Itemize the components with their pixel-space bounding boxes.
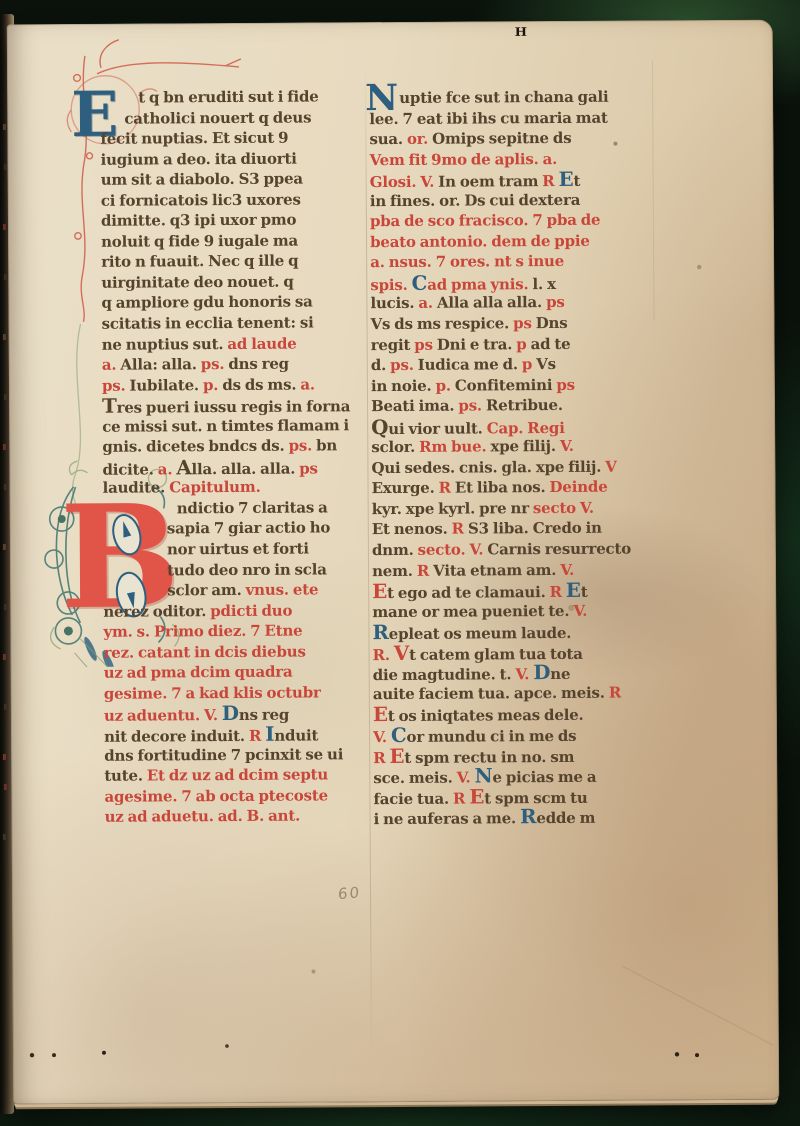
text-segment: a.: [300, 375, 315, 393]
text-segment: ps.: [458, 397, 486, 415]
text-line: ci fornicatois lic3 uxores: [101, 189, 383, 211]
text-segment: Vs ds ms respice.: [370, 314, 513, 333]
text-line: auite faciem tua. apce. meis. R: [373, 682, 655, 704]
text-segment: facie tua.: [373, 789, 453, 807]
bleed-through-marks: [3, 14, 6, 20]
text-segment: Dns: [536, 314, 568, 332]
text-line: Beati ima. ps. Retribue.: [371, 395, 653, 417]
text-segment: Glosi. V.: [370, 173, 439, 191]
text-line: Repleat os meum laude.: [372, 621, 654, 643]
text-segment: R: [609, 683, 621, 701]
text-segment: dns reg: [228, 355, 289, 373]
text-line: R. Vt catem glam tua tota: [372, 641, 654, 663]
text-segment: V.: [560, 437, 574, 455]
text-segment: nerez oditor.: [103, 602, 210, 621]
text-line: Exurge. R Et liba nos. Deinde: [371, 477, 653, 499]
text-segment: uirginitate deo nouet. q: [101, 273, 293, 292]
text-segment: sapia 7 giar actio ho: [167, 519, 331, 538]
text-line: iugium a deo. ita diuorti: [100, 148, 382, 170]
text-segment: ad te: [530, 334, 570, 352]
text-segment: uz aduentu. V.: [104, 706, 222, 725]
text-line: ne nuptius sut. ad laude: [102, 333, 384, 355]
text-segment: R: [417, 561, 433, 579]
text-line: d. ps. Iudica me d. p Vs: [371, 354, 653, 376]
text-segment: ps: [414, 335, 437, 353]
text-segment: regit: [371, 335, 415, 353]
text-line: scitatis in ecclia tenent: si: [101, 312, 383, 334]
text-segment: beato antonio. dem de ppie: [370, 232, 590, 251]
text-segment: auite faciem tua. apce. meis.: [373, 684, 609, 703]
text-line: nit decore induit. R Induit: [104, 723, 386, 745]
photo-backdrop: E: [0, 0, 800, 1126]
text-segment: ps: [556, 376, 575, 394]
text-segment: Vem fit 9mo de aplis. a.: [369, 150, 557, 169]
text-segment: E: [373, 702, 388, 726]
text-line: agesime. 7 ab octa ptecoste: [104, 785, 386, 807]
text-segment: t q bn eruditi sut i fide: [138, 87, 319, 106]
text-segment: tute.: [104, 767, 147, 785]
text-segment: pdicti duo: [210, 601, 292, 620]
text-segment: E: [389, 743, 404, 767]
text-segment: Beati ima.: [371, 397, 458, 416]
text-segment: I: [265, 722, 274, 746]
text-segment: R: [373, 749, 389, 767]
text-line: nem. R Vita etnam am. V.: [372, 559, 654, 581]
text-segment: V: [605, 457, 617, 475]
text-line: uz aduentu. V. Dns reg: [104, 702, 386, 724]
text-line: a. Alla: alla. ps. dns reg: [102, 353, 384, 375]
text-line: sclor am. vnus. ete: [103, 579, 385, 601]
text-line: t q bn eruditi sut i fide: [100, 86, 382, 108]
text-segment: Et nenos.: [372, 520, 452, 538]
text-line: ps. Iubilate. p. ds ds ms. a.: [102, 374, 384, 396]
text-segment: Q: [371, 415, 388, 439]
text-segment: a.: [418, 294, 437, 312]
text-segment: nem.: [372, 561, 417, 579]
text-segment: ce missi sut. n timtes flamam i: [102, 416, 349, 436]
text-segment: ne: [550, 665, 570, 683]
text-segment: or mundu ci in me ds: [406, 727, 576, 746]
text-segment: R: [372, 620, 388, 644]
text-line: sapia 7 giar actio ho: [103, 518, 385, 540]
text-segment: lla. alla. alla.: [191, 459, 299, 478]
text-segment: t os iniqtates meas dele.: [388, 706, 584, 725]
text-line: rito n fuauit. Nec q ille q: [101, 250, 383, 272]
text-line: gesime. 7 a kad klis octubr: [104, 682, 386, 704]
text-segment: uz ad aduetu. ad. B. ant.: [104, 807, 300, 826]
text-line: a. nsus. 7 ores. nt s inue: [370, 251, 652, 273]
text-segment: Et dz uz ad dcim septu: [147, 765, 328, 784]
text-segment: edde m: [536, 809, 595, 827]
text-line: mane or mea pueniet te. V.: [372, 600, 654, 622]
text-segment: uz ad pma dcim quadra: [104, 663, 293, 682]
text-segment: laudite.: [102, 479, 169, 497]
text-segment: R: [249, 727, 265, 745]
text-segment: agesime. 7 ab octa ptecoste: [104, 786, 328, 805]
text-line: tudo deo nro in scla: [103, 559, 385, 581]
text-segment: bn: [316, 437, 337, 455]
text-segment: die magtudine. t.: [373, 666, 516, 685]
text-segment: dicite.: [102, 460, 157, 478]
text-line: die magtudine. t. V. Dne: [373, 662, 655, 684]
text-line: in fines. or. Ds cui dextera: [370, 189, 652, 211]
crease-line: [622, 966, 773, 1046]
text-segment: D: [222, 701, 239, 725]
text-line: ym. s. Primo diez. 7 Etne: [103, 620, 385, 642]
text-line: sua. or. Omips sepitne ds: [369, 128, 651, 150]
text-segment: p: [522, 355, 536, 373]
text-segment: dnm.: [372, 541, 418, 559]
text-segment: R: [550, 583, 566, 601]
text-segment: um sit a diabolo. S3 ppea: [101, 170, 303, 189]
text-segment: fecit nuptias. Et sicut 9: [100, 129, 288, 148]
text-line: uz ad pma dcim quadra: [104, 661, 386, 683]
text-segment: V: [394, 641, 409, 665]
text-segment: V.: [515, 665, 533, 683]
text-segment: Exurge.: [371, 479, 438, 497]
text-segment: R: [520, 804, 536, 828]
text-segment: gesime. 7 a kad klis octubr: [104, 683, 321, 702]
text-segment: p.: [203, 376, 222, 394]
text-line: dicite. a. Alla. alla. alla. ps: [102, 456, 384, 478]
text-segment: i ne auferas a me.: [374, 809, 521, 828]
text-segment: tudo deo nro in scla: [167, 560, 327, 579]
text-segment: E: [566, 578, 581, 602]
text-segment: ci fornicatois lic3 uxores: [101, 190, 301, 209]
text-segment: Et liba nos.: [455, 478, 550, 497]
text-line: q ampliore gdu honoris sa: [101, 292, 383, 314]
text-segment: Qui sedes. cnis. gla. xpe filij.: [371, 458, 605, 477]
text-line: gnis. dicetes bndcs ds. ps. bn: [102, 435, 384, 457]
text-segment: Omips sepitne ds: [432, 129, 571, 148]
text-segment: a.: [102, 356, 121, 374]
text-line: regit ps Dni e tra. p ad te: [371, 333, 653, 355]
text-line: ce missi sut. n timtes flamam i: [102, 415, 384, 437]
text-segment: ds ds ms.: [222, 375, 300, 393]
text-segment: vnus. ete: [246, 581, 319, 599]
text-segment: Vs: [536, 355, 556, 373]
text-line: dnm. secto. V. Carnis resurrecto: [372, 538, 654, 560]
text-segment: V.: [573, 601, 587, 619]
text-line: in noie. p. Confitemini ps: [371, 374, 653, 396]
text-segment: t catem glam tua tota: [409, 645, 583, 664]
text-segment: lee. 7 eat ibi ihs cu maria mat: [369, 108, 608, 127]
text-segment: E: [372, 579, 387, 603]
text-segment: nit decore induit.: [104, 727, 249, 746]
text-segment: secto. V.: [418, 540, 488, 558]
text-line: Qui sedes. cnis. gla. xpe filij. V: [371, 456, 653, 478]
text-segment: ps.: [288, 437, 316, 455]
text-line: rez. catant in dcis diebus: [103, 641, 385, 663]
text-line: V. Cor mundu ci in me ds: [373, 723, 655, 745]
text-segment: t: [573, 172, 580, 190]
text-segment: ad laude: [227, 334, 296, 352]
text-segment: lucis.: [370, 294, 418, 312]
text-segment: rito n fuauit. Nec q ille q: [101, 252, 298, 271]
text-line: uirginitate deo nouet. q: [101, 271, 383, 293]
text-line: facie tua. R Et spm scm tu: [373, 785, 655, 807]
text-segment: d.: [371, 356, 390, 374]
text-line: R Et spm rectu in no. sm: [373, 744, 655, 766]
text-segment: R: [452, 520, 468, 538]
text-segment: nor uirtus et forti: [167, 540, 309, 559]
text-segment: Dni e tra.: [437, 335, 517, 353]
text-segment: epleat os meum laude.: [389, 624, 572, 643]
text-segment: S3 liba. Credo in: [468, 519, 602, 538]
text-segment: Alla alla alla.: [437, 294, 546, 313]
text-segment: ps.: [201, 355, 229, 373]
text-line: lucis. a. Alla alla alla. ps: [370, 292, 652, 314]
text-line: Qui vior uult. Cap. Regi: [371, 415, 653, 437]
text-segment: R.: [373, 646, 394, 664]
text-segment: t ego ad te clamaui.: [387, 583, 550, 602]
text-segment: e picias me a: [492, 768, 596, 787]
text-segment: ps: [513, 314, 536, 332]
text-segment: ne nuptius sut.: [102, 335, 228, 354]
text-line: fecit nuptias. Et sicut 9: [100, 127, 382, 149]
text-line: sce. meis. V. Ne picias me a: [373, 764, 655, 786]
text-segment: Deinde: [549, 478, 607, 496]
text-segment: R: [453, 789, 469, 807]
text-segment: D: [533, 660, 550, 684]
text-segment: Alla: alla.: [120, 355, 201, 373]
text-line: Tres pueri iussu regis in forna: [102, 394, 384, 416]
text-line: Vs ds ms respice. ps Dns: [370, 312, 652, 334]
text-line: uptie fce sut in chana gali: [369, 86, 651, 108]
text-segment: ps.: [102, 376, 130, 394]
text-segment: sclor.: [371, 438, 419, 456]
text-line: nerez oditor. pdicti duo: [103, 600, 385, 622]
folio-number: 60: [338, 883, 362, 903]
text-line: spis. Cad pma ynis. l. x: [370, 271, 652, 293]
text-column-left: t q bn eruditi sut i fidecatholici nouer…: [100, 86, 387, 827]
text-segment: or.: [407, 130, 432, 148]
manuscript-page: E: [7, 20, 780, 1105]
text-segment: sua.: [369, 130, 407, 148]
text-line: Vem fit 9mo de aplis. a.: [369, 148, 651, 170]
top-ink-mark: H: [515, 26, 527, 40]
text-column-right: uptie fce sut in chana galilee. 7 eat ib…: [369, 86, 656, 827]
text-line: ndictio 7 claritas a: [103, 497, 385, 519]
text-segment: l. x: [532, 275, 555, 293]
text-segment: R: [542, 172, 558, 190]
text-line: i ne auferas a me. Redde m: [373, 806, 655, 828]
text-segment: p: [516, 335, 530, 353]
text-segment: ps: [546, 293, 565, 311]
text-line: Et nenos. R S3 liba. Credo in: [372, 518, 654, 540]
text-segment: spis.: [370, 276, 411, 294]
text-segment: uptie fce sut in chana gali: [399, 88, 608, 107]
crease-line: [652, 60, 655, 320]
text-segment: iugium a deo. ita diuorti: [100, 149, 296, 168]
text-segment: q ampliore gdu honoris sa: [101, 293, 312, 312]
text-segment: p.: [435, 376, 454, 394]
ink-specks: [7, 24, 9, 26]
text-segment: rez. catant in dcis diebus: [103, 642, 305, 661]
text-segment: kyr. xpe kyrl. pre nr: [372, 499, 533, 518]
text-line: catholici nouert q deus: [100, 107, 382, 129]
text-segment: ym. s. Primo diez. 7 Etne: [103, 622, 302, 641]
text-segment: catholici nouert q deus: [124, 108, 311, 127]
text-segment: Retribue.: [486, 396, 563, 414]
text-segment: ad pma ynis.: [427, 275, 532, 294]
text-line: dns fortitudine 7 pcinxit se ui: [104, 744, 386, 766]
text-segment: Confitemini: [455, 376, 557, 395]
text-line: Glosi. V. In oem tram R Et: [370, 169, 652, 191]
text-line: dimitte. q3 ipi uxor pmo: [101, 209, 383, 231]
text-segment: Iudica me d.: [418, 355, 522, 374]
text-segment: Carnis resurrecto: [487, 540, 631, 559]
text-segment: ui vior uult.: [388, 419, 487, 438]
text-segment: E: [469, 784, 484, 808]
text-line: kyr. xpe kyrl. pre nr secto V.: [372, 497, 654, 519]
text-segment: t: [581, 583, 588, 601]
text-segment: mane or mea pueniet te.: [372, 602, 573, 621]
text-segment: T: [102, 394, 117, 418]
text-line: sclor. Rm bue. xpe filij. V.: [371, 436, 653, 458]
text-segment: nduit: [274, 726, 318, 744]
text-segment: Vita etnam am.: [433, 561, 560, 580]
text-segment: dimitte. q3 ipi uxor pmo: [101, 211, 297, 230]
text-segment: pba de sco fracisco. 7 pba de: [370, 211, 601, 230]
text-segment: dns fortitudine 7 pcinxit se ui: [104, 745, 343, 764]
text-segment: sce. meis.: [373, 769, 456, 788]
text-line: pba de sco fracisco. 7 pba de: [370, 210, 652, 232]
text-segment: in noie.: [371, 376, 436, 394]
text-segment: ndictio 7 claritas a: [177, 498, 328, 517]
text-segment: Capitulum.: [169, 478, 260, 497]
text-segment: secto V.: [533, 499, 594, 517]
text-segment: gnis. dicetes bndcs ds.: [102, 437, 288, 456]
text-segment: In oem tram: [438, 172, 542, 191]
text-line: uz ad aduetu. ad. B. ant.: [104, 805, 386, 827]
text-segment: Cap. Regi: [487, 419, 565, 437]
text-segment: A: [176, 455, 191, 479]
text-segment: ps.: [390, 356, 418, 374]
text-line: Et ego ad te clamaui. R Et: [372, 580, 654, 602]
text-segment: noluit q fide 9 iugale ma: [101, 231, 298, 250]
text-segment: C: [412, 271, 428, 295]
text-segment: sclor am.: [167, 581, 246, 599]
text-segment: E: [558, 167, 573, 191]
text-line: nor uirtus et forti: [103, 538, 385, 560]
text-segment: V.: [560, 560, 574, 578]
text-line: um sit a diabolo. S3 ppea: [101, 168, 383, 190]
text-segment: a. nsus. 7 ores. nt s inue: [370, 252, 564, 271]
text-line: beato antonio. dem de ppie: [370, 230, 652, 252]
text-segment: Rm bue.: [419, 438, 490, 456]
text-segment: R: [439, 479, 455, 497]
text-segment: a.: [158, 460, 177, 478]
text-line: lee. 7 eat ibi ihs cu maria mat: [369, 107, 651, 129]
text-line: laudite. Capitulum.: [102, 476, 384, 498]
text-segment: xpe filij.: [490, 437, 560, 455]
text-segment: scitatis in ecclia tenent: si: [101, 313, 313, 332]
text-segment: in fines. or. Ds cui dextera: [370, 191, 581, 210]
text-line: noluit q fide 9 iugale ma: [101, 230, 383, 252]
text-segment: ps: [299, 459, 318, 477]
text-segment: res pueri iussu regis in forna: [117, 397, 351, 416]
text-line: tute. Et dz uz ad dcim septu: [104, 764, 386, 786]
text-segment: Iubilate.: [129, 376, 203, 394]
text-line: Et os iniqtates meas dele.: [373, 703, 655, 725]
